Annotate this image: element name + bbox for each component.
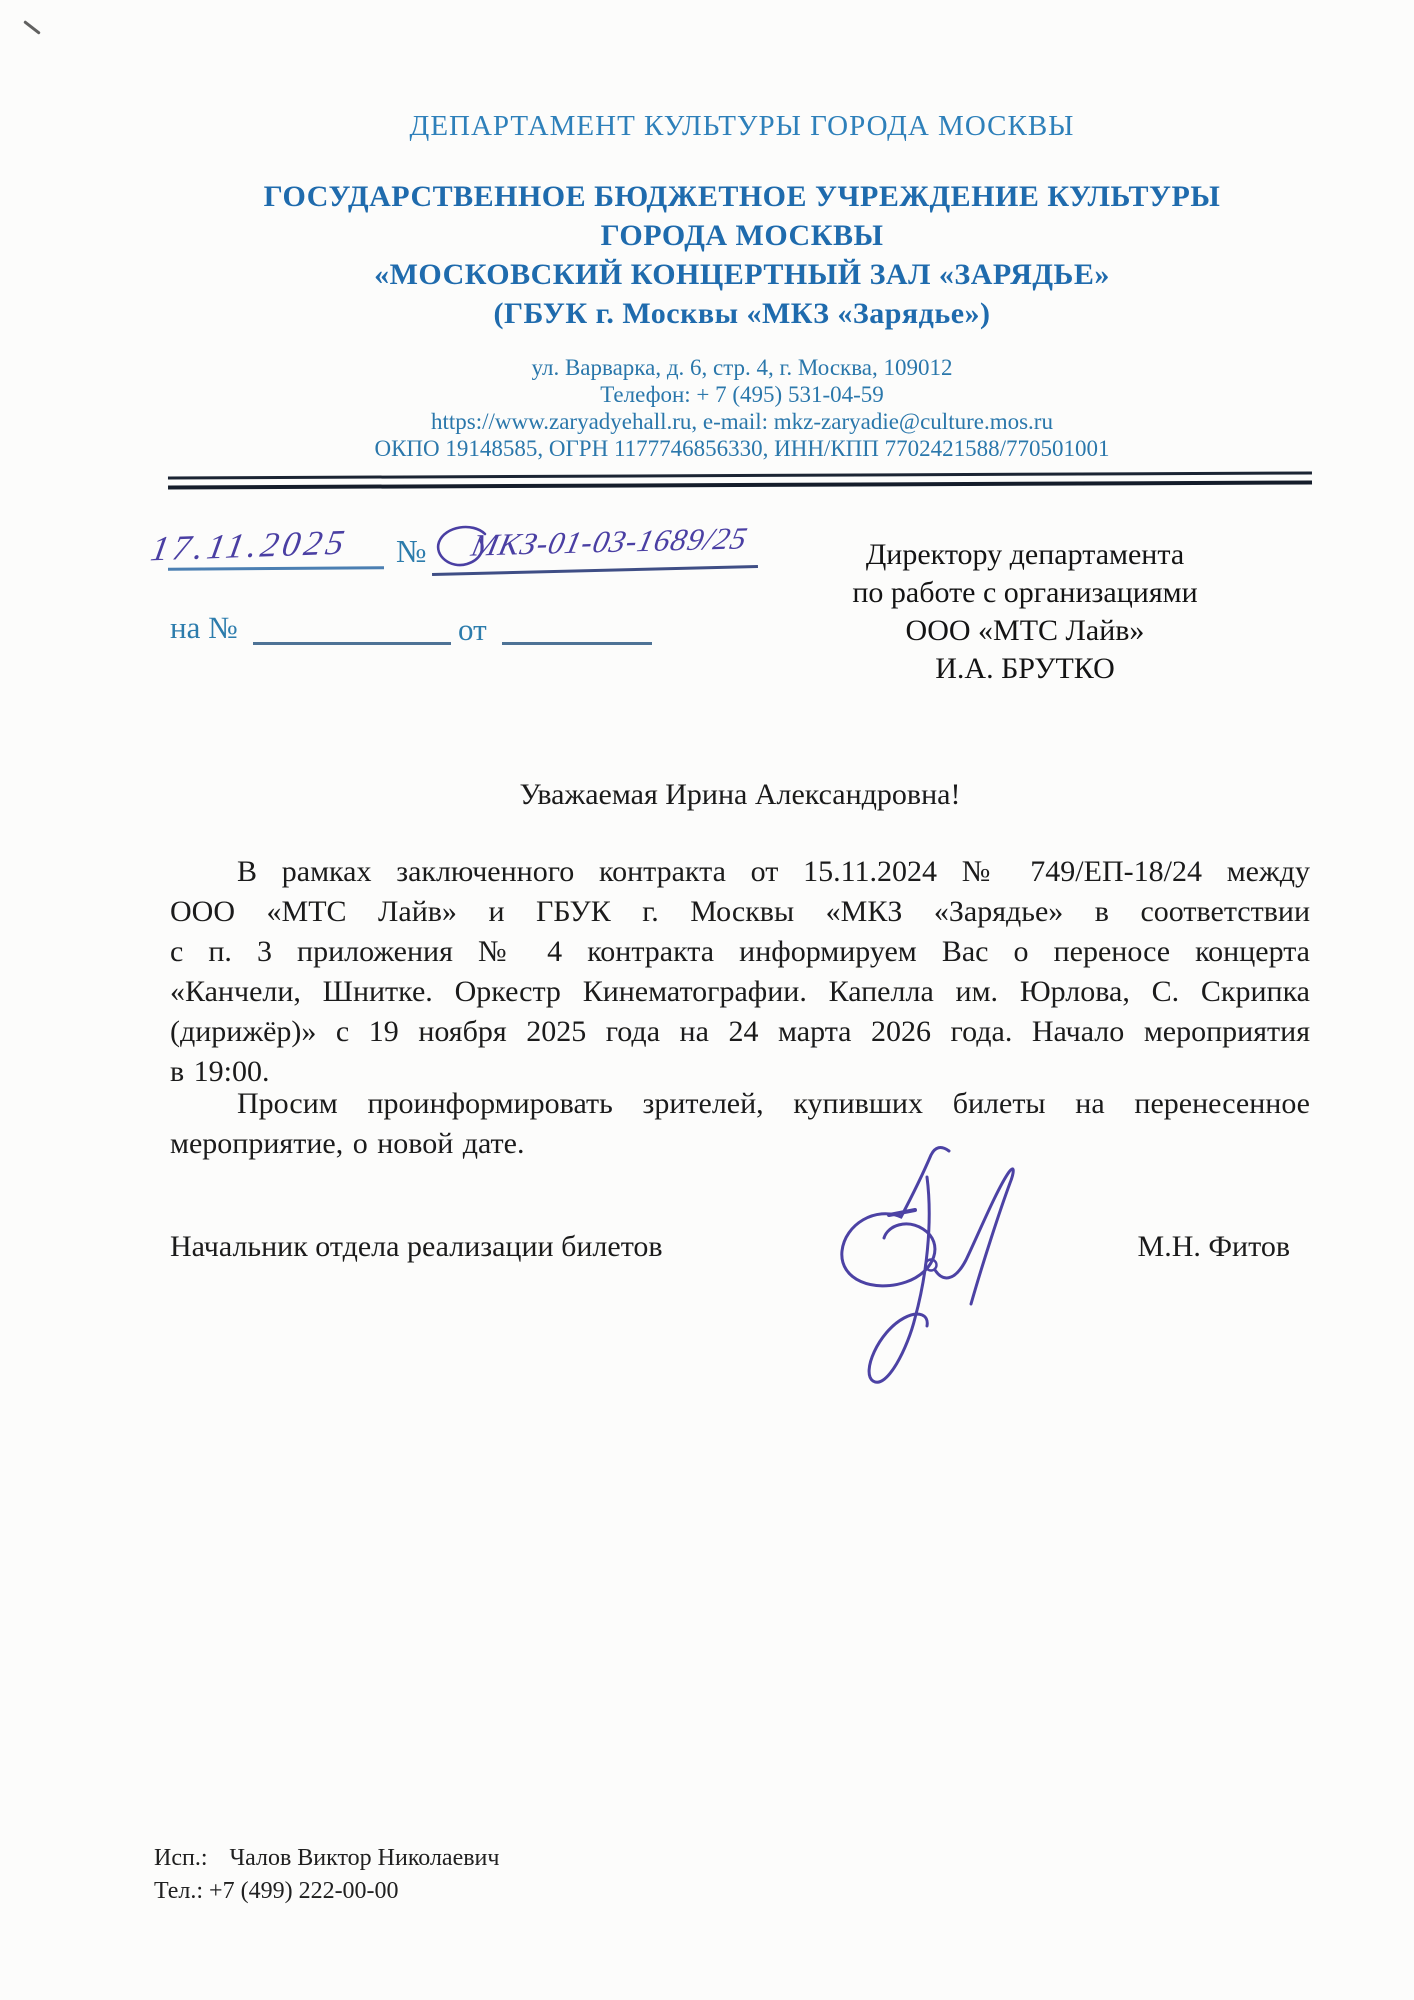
footer-executor-row: Исп.:Чалов Виктор Николаевич xyxy=(154,1842,499,1875)
organization-contacts-line: https://www.zaryadyehall.ru, e-mail: mkz… xyxy=(142,408,1342,435)
signoff-name: М.Н. Фитов xyxy=(1000,1230,1290,1264)
recipient-block-line: по работе с организациями xyxy=(800,574,1250,612)
organization-name-line: (ГБУК г. Москвы «МКЗ «Зарядье») xyxy=(142,294,1342,333)
body-paragraph-2-line: Просим проинформировать зрителей, купивш… xyxy=(170,1084,1310,1124)
signature-ink xyxy=(830,1140,1030,1400)
reply-number-label: на № xyxy=(170,610,238,646)
signoff-position-title: Начальник отдела реализации билетов xyxy=(170,1230,663,1264)
reply-number-underline xyxy=(253,642,451,645)
body-paragraph-1-line: «Канчели, Шнитке. Оркестр Кинематографии… xyxy=(170,972,1310,1012)
body-paragraph-2-line: мероприятие, о новой дате. xyxy=(170,1124,1310,1164)
footer-executor-label: Исп.: xyxy=(154,1845,208,1871)
body-paragraph-2: Просим проинформировать зрителей, купивш… xyxy=(170,1084,1310,1164)
recipient-block-line: ООО «МТС Лайв» xyxy=(800,612,1250,650)
organization-name-line: ГОРОДА МОСКВЫ xyxy=(142,216,1342,255)
body-paragraph-1: В рамках заключенного контракта от 15.11… xyxy=(170,852,1310,1092)
reply-from-underline xyxy=(502,642,652,645)
body-paragraph-1-line: ООО «МТС Лайв» и ГБУК г. Москвы «МКЗ «За… xyxy=(170,892,1310,932)
scan-speck xyxy=(23,20,41,35)
organization-name: ГОСУДАРСТВЕННОЕ БЮДЖЕТНОЕ УЧРЕЖДЕНИЕ КУЛ… xyxy=(142,177,1342,333)
letter-page: ДЕПАРТАМЕНТ КУЛЬТУРЫ ГОРОДА МОСКВЫ ГОСУД… xyxy=(0,0,1414,2000)
recipient-block: Директору департаментапо работе с органи… xyxy=(800,536,1250,688)
footer-phone: Тел.: +7 (499) 222-00-00 xyxy=(154,1875,499,1908)
recipient-block-line: Директору департамента xyxy=(800,536,1250,574)
ref-number-handwritten: МКЗ-01-03-1689/25 xyxy=(468,520,751,563)
ref-date-handwritten: 17.11.2025 xyxy=(148,523,351,570)
organization-name-line: «МОСКОВСКИЙ КОНЦЕРТНЫЙ ЗАЛ «ЗАРЯДЬЕ» xyxy=(142,255,1342,294)
organization-contacts-line: Телефон: + 7 (495) 531-04-59 xyxy=(142,381,1342,408)
organization-contacts: ул. Варварка, д. 6, стр. 4, г. Москва, 1… xyxy=(142,354,1342,462)
organization-name-line: ГОСУДАРСТВЕННОЕ БЮДЖЕТНОЕ УЧРЕЖДЕНИЕ КУЛ… xyxy=(142,177,1342,216)
organization-contacts-line: ОКПО 19148585, ОГРН 1177746856330, ИНН/К… xyxy=(142,435,1342,462)
organization-contacts-line: ул. Варварка, д. 6, стр. 4, г. Москва, 1… xyxy=(142,354,1342,381)
letterhead-divider xyxy=(168,472,1312,490)
ref-date-underline xyxy=(168,566,384,571)
footer-executor-name: Чалов Виктор Николаевич xyxy=(230,1845,500,1871)
body-paragraph-1-line: с п. 3 приложения № 4 контракта информир… xyxy=(170,932,1310,972)
body-paragraph-1-line: (дирижёр)» с 19 ноября 2025 года на 24 м… xyxy=(170,1012,1310,1052)
reply-from-label: от xyxy=(458,612,487,648)
department-title: ДЕПАРТАМЕНТ КУЛЬТУРЫ ГОРОДА МОСКВЫ xyxy=(142,110,1342,143)
body-paragraph-1-line: В рамках заключенного контракта от 15.11… xyxy=(170,852,1310,892)
recipient-block-line: И.А. БРУТКО xyxy=(800,650,1250,688)
footer-executor-block: Исп.:Чалов Виктор Николаевич Тел.: +7 (4… xyxy=(154,1842,499,1908)
salutation: Уважаемая Ирина Александровна! xyxy=(170,778,1310,812)
ref-number-label: № xyxy=(396,533,427,570)
